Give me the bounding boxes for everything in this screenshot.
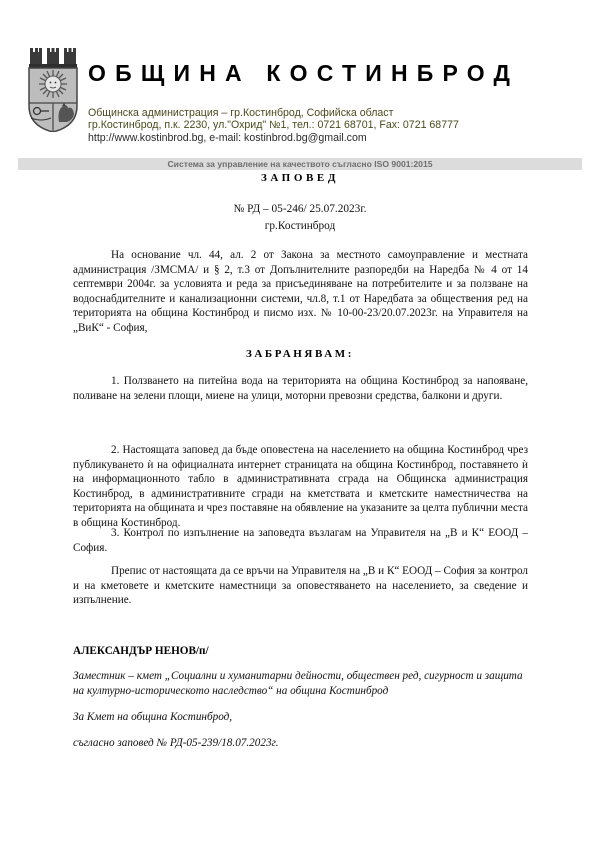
order-item: 2. Настоящата заповед да бъде оповестена… [73, 443, 528, 530]
order-number: № РД – 05-246/ 25.07.2023г. [0, 203, 600, 215]
contact-line: http://www.kostinbrod.bg, e-mail: kostin… [88, 132, 459, 144]
copy-note-paragraph: Препис от настоящата да се връчи на Упра… [73, 564, 528, 608]
forbid-heading: ЗАБРАНЯВАМ: [0, 348, 600, 360]
municipality-title: ОБЩИНА КОСТИНБРОД [88, 60, 519, 87]
order-item: 1. Ползването на питейна вода на територ… [73, 374, 528, 403]
signer-name: АЛЕКСАНДЪР НЕНОВ/п/ [73, 645, 209, 657]
authorizing-order-line: съгласно заповед № РД-05-239/18.07.2023г… [73, 736, 533, 751]
document-page: ОБЩИНА КОСТИНБРОД Общинска администрация… [0, 0, 600, 848]
address-line: гр.Костинброд, п.к. 2230, ул."Охрид" №1,… [88, 119, 459, 131]
address-block: Общинска администрация – гр.Костинброд, … [88, 107, 459, 144]
address-line: Общинска администрация – гр.Костинброд, … [88, 107, 459, 119]
legal-basis-paragraph: На основание чл. 44, ал. 2 от Закона за … [73, 248, 528, 335]
order-item: 3. Контрол по изпълнение на заповедта въ… [73, 526, 528, 555]
issue-city: гр.Костинброд [0, 220, 600, 232]
kostinbrod-coat-of-arms-icon [27, 48, 79, 132]
iso-notice-bar: Система за управление на качеството съгл… [18, 158, 582, 170]
document-title: ЗАПОВЕД [0, 172, 600, 184]
signer-role: Заместник – кмет „Социални и хуманитарни… [73, 669, 533, 698]
on-behalf-line: За Кмет на община Костинброд, [73, 710, 533, 725]
